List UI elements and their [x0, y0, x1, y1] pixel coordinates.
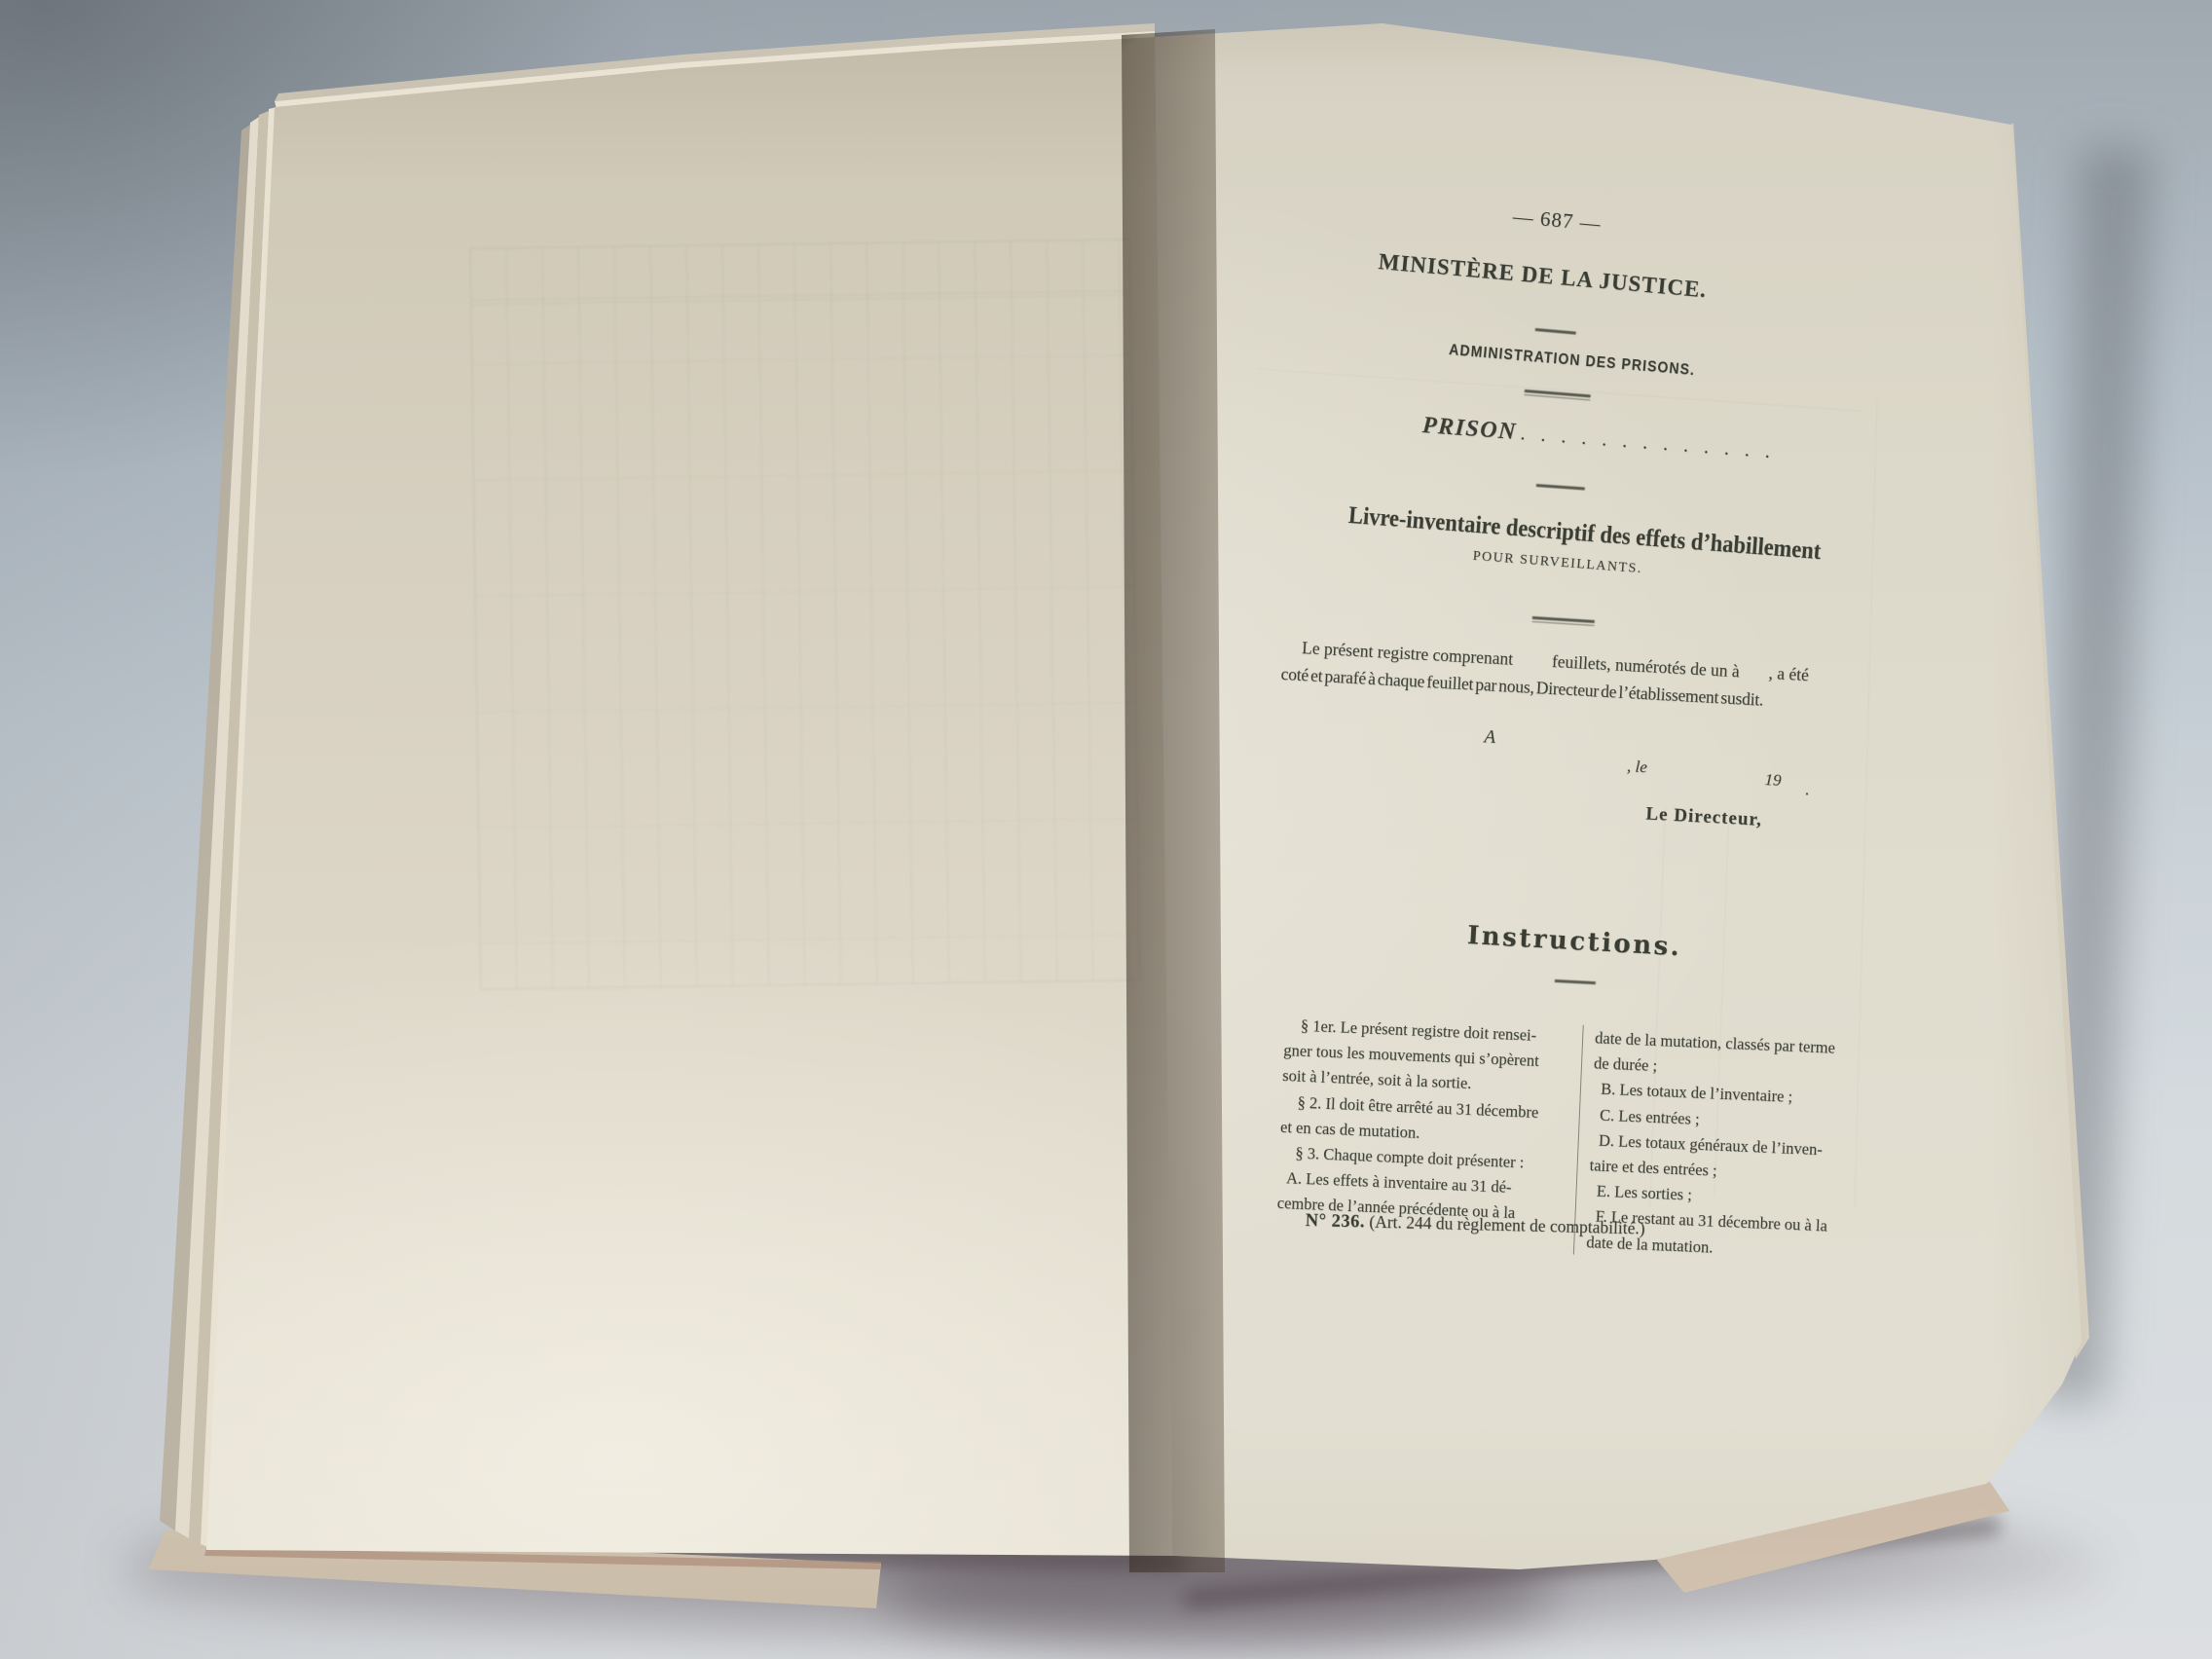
- administration-heading: ADMINISTRATION DES PRISONS.: [1448, 342, 1695, 380]
- form-number: N° 236.: [1305, 1211, 1365, 1232]
- blank-fill-space: [1739, 657, 1769, 686]
- show-through-table: [470, 239, 1141, 989]
- ornament-rule: [1536, 484, 1585, 490]
- prison-dotted-blank: . . . . . . . . . . . . .: [1520, 423, 1772, 462]
- ministry-heading: MINISTÈRE DE LA JUSTICE.: [1378, 249, 1708, 303]
- form-title-block: Livre-inventaire descriptif des effets d…: [1322, 500, 1796, 589]
- blank-fill-space: [1512, 645, 1552, 675]
- page-number: — 687 —: [1512, 204, 1603, 237]
- register-paragraph: Le présent registre comprenant feuillets…: [1272, 633, 1852, 867]
- instructions-heading: Instructions.: [1466, 921, 1682, 962]
- photo-scene: — 687 — MINISTÈRE DE LA JUSTICE. ADMINIS…: [0, 0, 2212, 1659]
- year-prefix: 19: [1764, 766, 1782, 794]
- director-signature-label: Le Directeur,: [1645, 800, 1763, 833]
- place-prefix: A: [1484, 723, 1496, 752]
- ornament-rule: [1532, 616, 1595, 626]
- register-line1-part3: , a été: [1768, 659, 1810, 688]
- ornament-rule: [1555, 979, 1596, 984]
- prison-label: PRISON: [1421, 413, 1518, 445]
- prison-line: PRISON . . . . . . . . . . . . .: [1421, 413, 1772, 464]
- show-through-line: [1854, 399, 1877, 1207]
- ornament-rule: [1535, 328, 1576, 335]
- date-prefix: , le: [1626, 753, 1647, 781]
- show-through-line: [1259, 368, 1862, 411]
- end-period: .: [1804, 776, 1810, 803]
